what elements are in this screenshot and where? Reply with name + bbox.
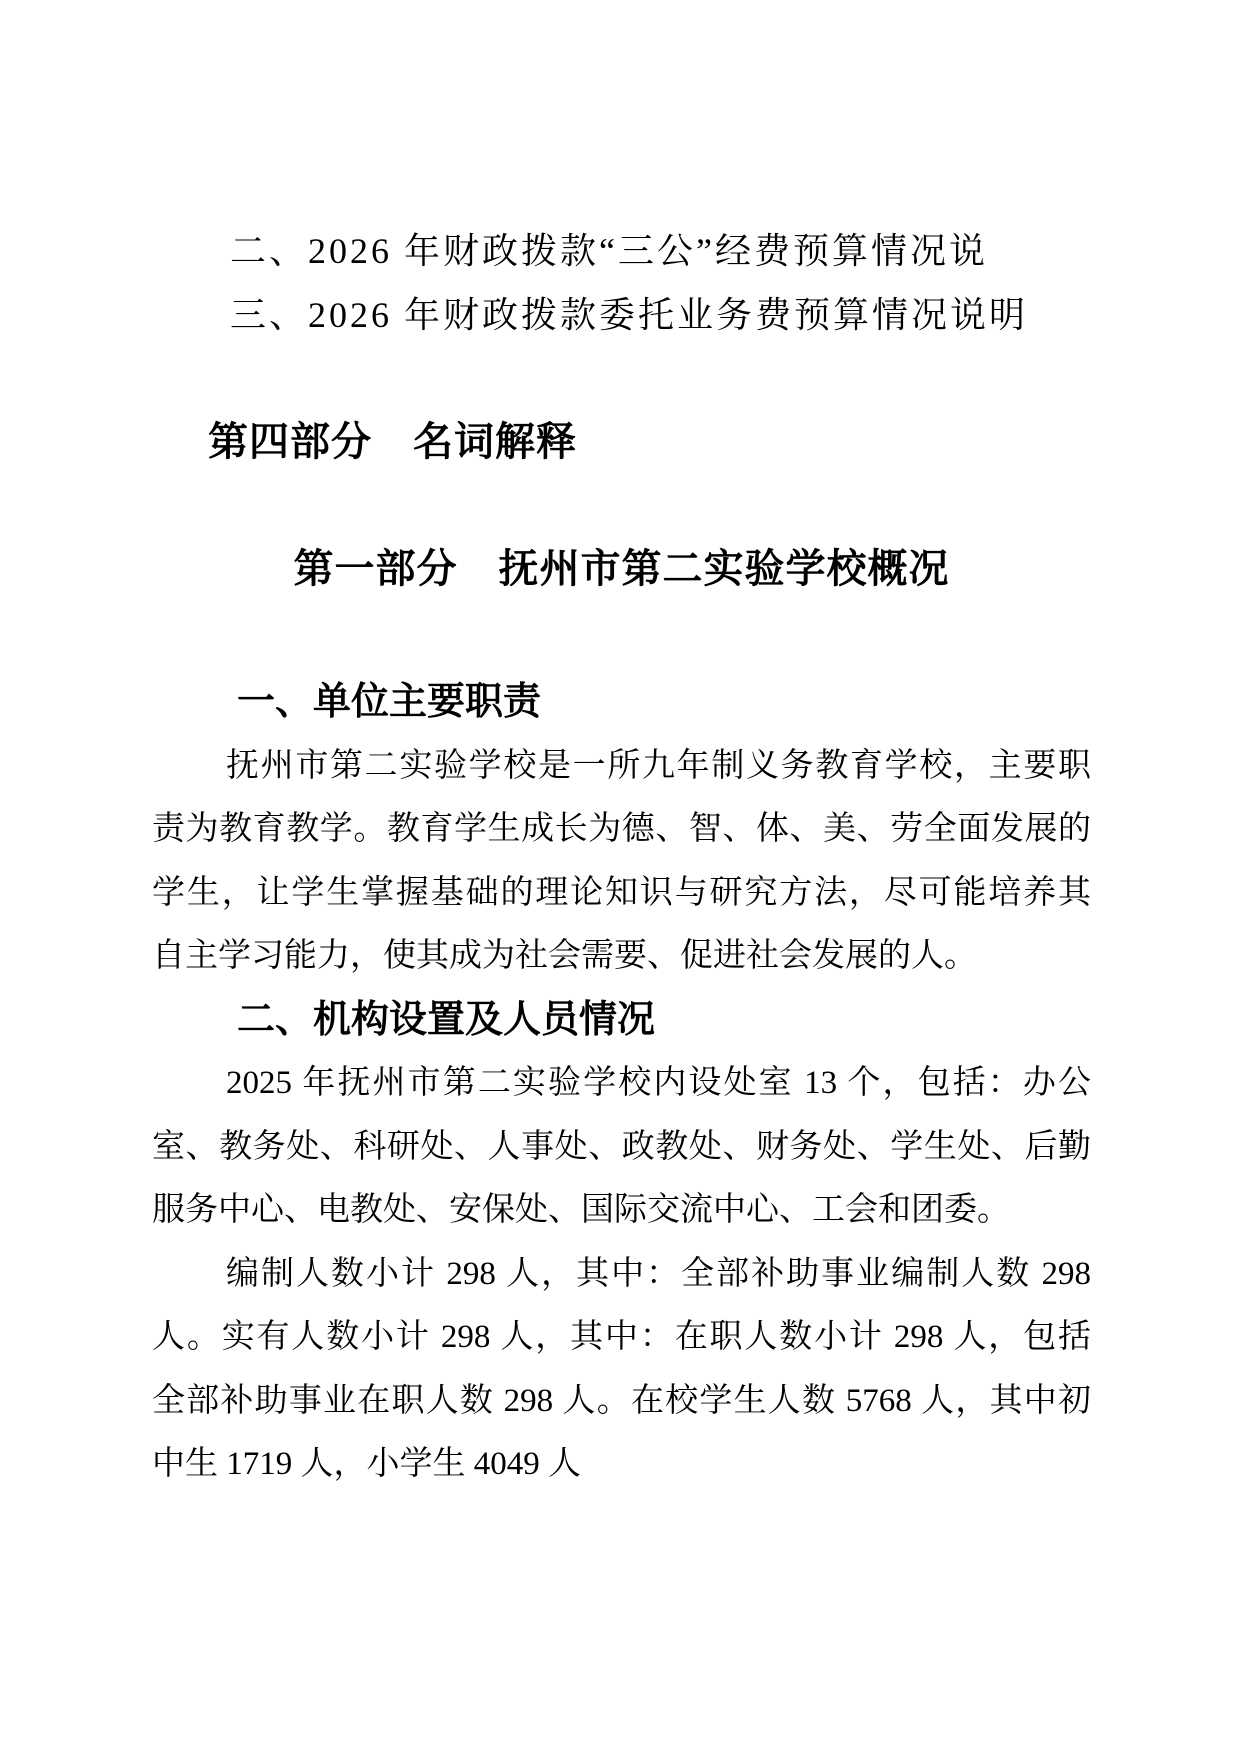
paragraph-staffing: 编制人数小计 298 人，其中：全部补助事业编制人数 298 人。实有人数小计 … xyxy=(152,1243,1091,1497)
text-line: 服务中心、电教处、安保处、国际交流中心、工会和团委。 xyxy=(152,1179,1091,1243)
heading-part-four-glossary: 第四部分 名词解释 xyxy=(152,411,1091,474)
heading-part-one-school-overview: 第一部分 抚州市第二实验学校概况 xyxy=(152,538,1091,601)
document-page: 二、2026 年财政拨款“三公”经费预算情况说 三、2026 年财政拨款委托业务… xyxy=(0,0,1241,1755)
toc-item-entrusted-business-fee: 三、2026 年财政拨款委托业务费预算情况说明 xyxy=(152,284,1091,348)
text-line: 学生，让学生掌握基础的理论知识与研究方法，尽可能培养其 xyxy=(152,862,1091,926)
text-line: 自主学习能力，使其成为社会需要、促进社会发展的人。 xyxy=(152,925,1091,989)
paragraph-main-duties: 抚州市第二实验学校是一所九年制义务教育学校，主要职 责为教育教学。教育学生成长为… xyxy=(152,735,1091,989)
toc-item-three-public-funds: 二、2026 年财政拨款“三公”经费预算情况说 xyxy=(152,220,1091,284)
text-line: 室、教务处、科研处、人事处、政教处、财务处、学生处、后勤 xyxy=(152,1116,1091,1180)
text-line: 抚州市第二实验学校是一所九年制义务教育学校，主要职 xyxy=(152,735,1091,799)
text-line: 编制人数小计 298 人，其中：全部补助事业编制人数 298 xyxy=(152,1243,1091,1307)
text-line: 2025 年抚州市第二实验学校内设处室 13 个，包括：办公 xyxy=(152,1052,1091,1116)
text-line: 人。实有人数小计 298 人，其中：在职人数小计 298 人，包括 xyxy=(152,1306,1091,1370)
heading-section-two-org-and-personnel: 二、机构设置及人员情况 xyxy=(152,989,1091,1053)
table-of-contents: 二、2026 年财政拨款“三公”经费预算情况说 三、2026 年财政拨款委托业务… xyxy=(152,220,1091,347)
text-line: 中生 1719 人，小学生 4049 人 xyxy=(152,1433,1091,1497)
text-line: 责为教育教学。教育学生成长为德、智、体、美、劳全面发展的 xyxy=(152,798,1091,862)
text-line: 全部补助事业在职人数 298 人。在校学生人数 5768 人，其中初 xyxy=(152,1370,1091,1434)
heading-section-one-main-duties: 一、单位主要职责 xyxy=(152,671,1091,735)
paragraph-organization: 2025 年抚州市第二实验学校内设处室 13 个，包括：办公 室、教务处、科研处… xyxy=(152,1052,1091,1243)
